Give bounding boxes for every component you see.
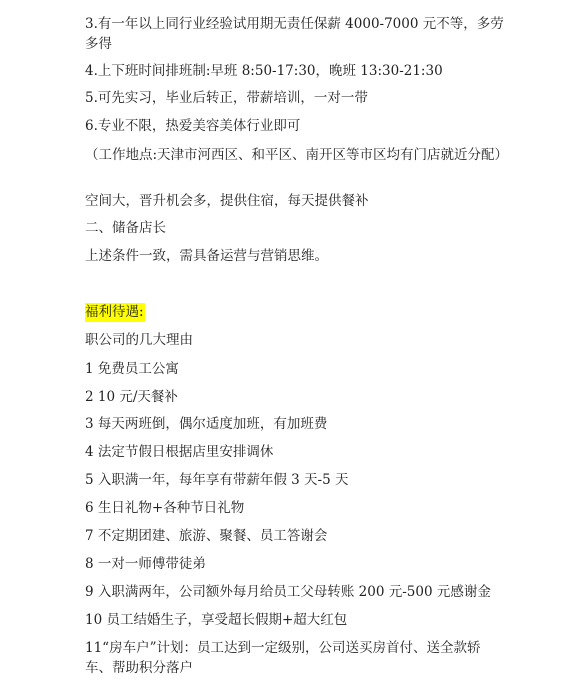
benefit-item-4: 4 法定节假日根据店里安排调休 — [85, 442, 505, 462]
benefit-item-9: 9 入职满两年，公司额外每月给员工父母转账 200 元-500 元感谢金 — [85, 582, 505, 602]
benefits-intro: 职公司的几大理由 — [85, 330, 505, 350]
section-2-title: 二、储备店长 — [85, 218, 505, 238]
benefits-heading: 福利待遇: — [85, 302, 505, 322]
section-2-text: 上述条件一致，需具备运营与营销思维。 — [85, 246, 505, 266]
requirement-4: 4.上下班时间排班制:早班 8:50-17:30，晚班 13:30-21:30 — [85, 61, 505, 81]
requirement-6: 6.专业不限，热爱美容美体行业即可 — [85, 116, 505, 136]
benefit-item-6: 6 生日礼物+各种节日礼物 — [85, 498, 505, 518]
benefit-item-2: 2 10 元/天餐补 — [85, 387, 505, 407]
benefit-item-5: 5 入职满一年，每年享有带薪年假 3 天-5 天 — [85, 470, 505, 490]
perks-summary: 空间大，晋升机会多，提供住宿，每天提供餐补 — [85, 191, 505, 211]
benefit-item-7: 7 不定期团建、旅游、聚餐、员工答谢会 — [85, 526, 505, 546]
requirement-5: 5.可先实习，毕业后转正，带薪培训，一对一带 — [85, 88, 505, 108]
work-location: （工作地点:天津市河西区、和平区、南开区等市区均有门店就近分配） — [85, 145, 505, 165]
benefit-item-11: 11“房车户”计划：员工达到一定级别，公司送买房首付、送全款轿车、帮助积分落户 — [85, 638, 505, 678]
benefit-item-10: 10 员工结婚生子，享受超长假期+超大红包 — [85, 610, 505, 630]
requirement-3: 3.有一年以上同行业经验试用期无责任保薪 4000-7000 元不等，多劳多得 — [85, 14, 505, 54]
benefit-item-1: 1 免费员工公寓 — [85, 359, 505, 379]
benefit-item-8: 8 一对一师傅带徒弟 — [85, 554, 505, 574]
benefit-item-3: 3 每天两班倒，偶尔适度加班，有加班费 — [85, 414, 505, 434]
benefits-heading-highlight: 福利待遇: — [85, 303, 145, 322]
